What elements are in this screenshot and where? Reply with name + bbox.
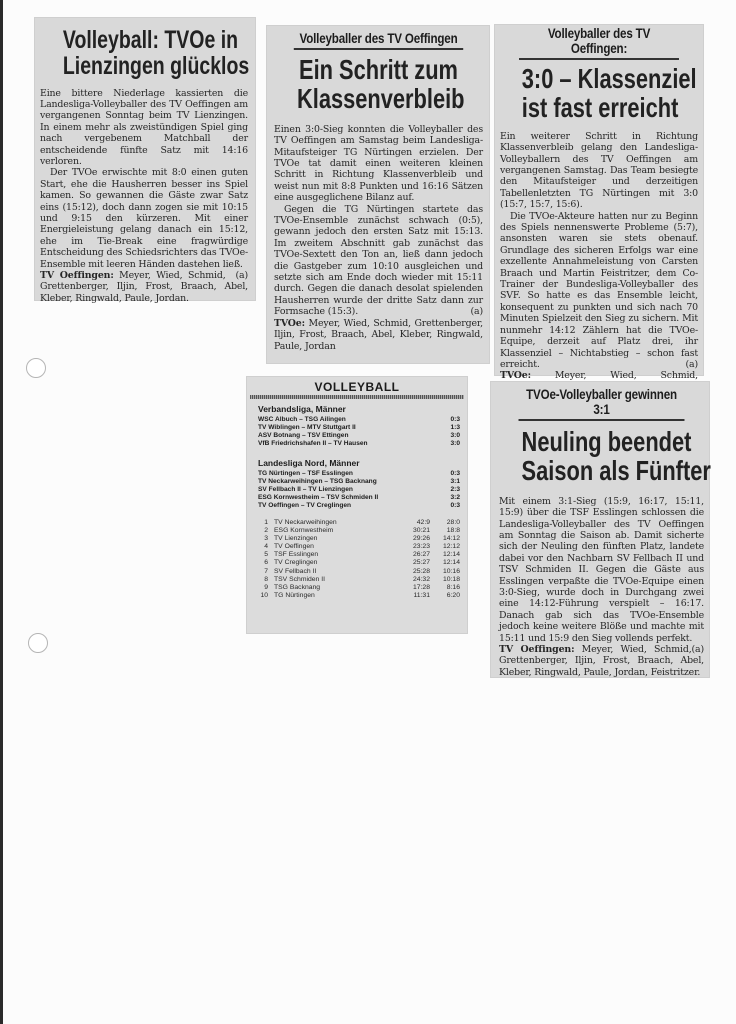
- headline-line: Saison als Fünfter: [522, 456, 682, 485]
- match-row: ASV Botnang – TSV Ettingen3:0: [258, 432, 460, 440]
- match-row: TG Nürtingen – TSF Esslingen0:3: [258, 470, 460, 478]
- match-row: ESG Kornwestheim – TSV Schmiden II3:2: [258, 494, 460, 502]
- headline-line: Volleyball: TVOe in: [63, 27, 225, 53]
- headline-line: Ein Schritt zum: [297, 55, 460, 84]
- match-row: TV Neckarweihingen – TSG Backnang3:1: [258, 478, 460, 486]
- article-body: Eine bittere Niederlage kassierten die L…: [40, 88, 248, 305]
- article-body: Einen 3:0-Sieg konnten die Volleyballer …: [274, 124, 483, 352]
- paragraph: Die TVOe-Akteure hatten nur zu Beginn de…: [500, 211, 698, 371]
- standings-row: 4TV Oeffingen23:2312:12: [256, 543, 460, 551]
- article-body: Mit einem 3:1-Sieg (15:9, 16:17, 15:11, …: [499, 496, 704, 679]
- match-row: VfB Friedrichshafen II – TV Hausen3:0: [258, 440, 460, 448]
- paragraph: Eine bittere Niederlage kassierten die L…: [40, 88, 248, 168]
- article-clipping: Volleyball: TVOe in Lienzingen glücklos …: [34, 17, 256, 301]
- headline-line: 3:0 – Klassenziel: [522, 64, 676, 93]
- paragraph: Einen 3:0-Sieg konnten die Volleyballer …: [274, 124, 483, 204]
- headline-line: Klassenverbleib: [297, 84, 460, 113]
- league-heading: Verbandsliga, Männer: [258, 404, 468, 414]
- article-clipping: Volleyballer des TV Oeffingen Ein Schrit…: [266, 25, 490, 364]
- results-title: VOLLEYBALL: [246, 376, 468, 394]
- match-row: TV Wiblingen – MTV Stuttgart II1:3: [258, 424, 460, 432]
- punch-hole-icon: [28, 633, 48, 653]
- article-headline: 3:0 – Klassenziel ist fast erreicht: [522, 64, 676, 123]
- standings-row: 5TSF Esslingen26:2712:14: [256, 551, 460, 559]
- league-heading: Landesliga Nord, Männer: [258, 458, 468, 468]
- author-signature: (a): [461, 306, 483, 317]
- standings-row: 8TSV Schmiden II24:3210:18: [256, 576, 460, 584]
- standings-row: 2ESG Kornwestheim30:2118:8: [256, 527, 460, 535]
- article-headline: Ein Schritt zum Klassenverbleib: [297, 55, 460, 114]
- headline-line: Lienzingen glücklos: [63, 53, 225, 79]
- author-signature: (a): [226, 270, 248, 281]
- standings-row: 7SV Fellbach II25:2810:16: [256, 568, 460, 576]
- lineup: TVOe: Meyer, Wied, Schmid, Grettenberger…: [274, 318, 483, 352]
- article-clipping: Volleyballer des TV Oeffingen: 3:0 – Kla…: [494, 24, 704, 376]
- article-kicker: Volleyballer des TV Oeffingen:: [519, 26, 679, 60]
- article-kicker: Volleyballer des TV Oeffingen: [294, 31, 463, 50]
- match-row: SV Fellbach II – TV Lienzingen2:3: [258, 486, 460, 494]
- scan-left-edge: [0, 0, 3, 1024]
- lineup: TV Oeffingen: Meyer, Wied, Schmid, Grett…: [499, 644, 704, 678]
- title-rule: [250, 395, 464, 399]
- headline-line: ist fast erreicht: [522, 93, 676, 122]
- article-body: Ein weiterer Schritt in Richtung Klassen…: [500, 131, 698, 416]
- standings-row: 3TV Lienzingen29:2614:12: [256, 535, 460, 543]
- article-headline: Volleyball: TVOe in Lienzingen glücklos: [63, 27, 225, 80]
- punch-hole-icon: [26, 358, 46, 378]
- standings-row: 9TSG Backnang17:288:16: [256, 584, 460, 592]
- lineup: TV Oeffingen: Meyer, Wied, Schmid, Grett…: [40, 270, 248, 304]
- paragraph: Mit einem 3:1-Sieg (15:9, 16:17, 15:11, …: [499, 496, 704, 644]
- standings-row: 6TV Creglingen25:2712:14: [256, 559, 460, 567]
- results-table-clipping: VOLLEYBALL Verbandsliga, Männer WSC Albu…: [246, 376, 468, 634]
- article-clipping: TVOe-Volleyballer gewinnen 3:1 Neuling b…: [490, 381, 710, 678]
- article-kicker: TVOe-Volleyballer gewinnen 3:1: [519, 387, 685, 421]
- standings-row: 1TV Neckarweihingen42:928:0: [256, 519, 460, 527]
- match-row: TV Oeffingen – TV Creglingen0:3: [258, 502, 460, 510]
- paragraph: Ein weiterer Schritt in Richtung Klassen…: [500, 131, 698, 211]
- headline-line: Neuling beendet: [522, 427, 682, 456]
- match-row: WSC Albuch – TSG Ailingen0:3: [258, 416, 460, 424]
- paragraph: Gegen die TG Nürtingen startete das TVOe…: [274, 204, 483, 318]
- paragraph: Der TVOe erwischte mit 8:0 einen guten S…: [40, 167, 248, 270]
- author-signature: (a): [676, 359, 698, 370]
- article-headline: Neuling beendet Saison als Fünfter: [522, 427, 682, 486]
- standings-row: 10TG Nürtingen11:316:20: [256, 592, 460, 600]
- author-signature: (a): [692, 644, 704, 655]
